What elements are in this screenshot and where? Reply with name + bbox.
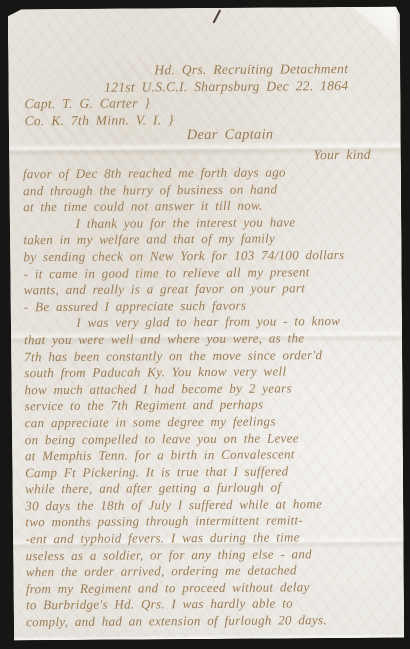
- letter-heading: Hd. Qrs. Recruiting Detachment 121st U.S…: [8, 60, 400, 97]
- recipient-block: Capt. T. G. Carter } Co. K. 7th Minn. V.…: [24, 95, 173, 129]
- opening-phrase: Your kind: [9, 147, 401, 166]
- letter-page: Hd. Qrs. Recruiting Detachment 121st U.S…: [8, 7, 404, 641]
- handwritten-text: Hd. Qrs. Recruiting Detachment 121st U.S…: [8, 7, 404, 641]
- letter-body: favor of Dec 8th reached me forth days a…: [23, 164, 390, 631]
- letter-line: by sending check on New York for 103 74/…: [23, 247, 387, 266]
- letter-line: comply, and had an extension of furlough…: [26, 612, 390, 631]
- scan-background: Hd. Qrs. Recruiting Detachment 121st U.S…: [0, 0, 410, 649]
- recipient-line: Capt. T. G. Carter }: [24, 95, 173, 113]
- letter-line: I was very glad to hear from you - to kn…: [24, 313, 388, 332]
- recipient-line: Co. K. 7th Minn. V. I. }: [25, 112, 174, 130]
- heading-line: 121st U.S.C.I. Sharpsburg Dec 22. 1864: [8, 77, 348, 96]
- salutation: Dear Captain: [187, 127, 274, 145]
